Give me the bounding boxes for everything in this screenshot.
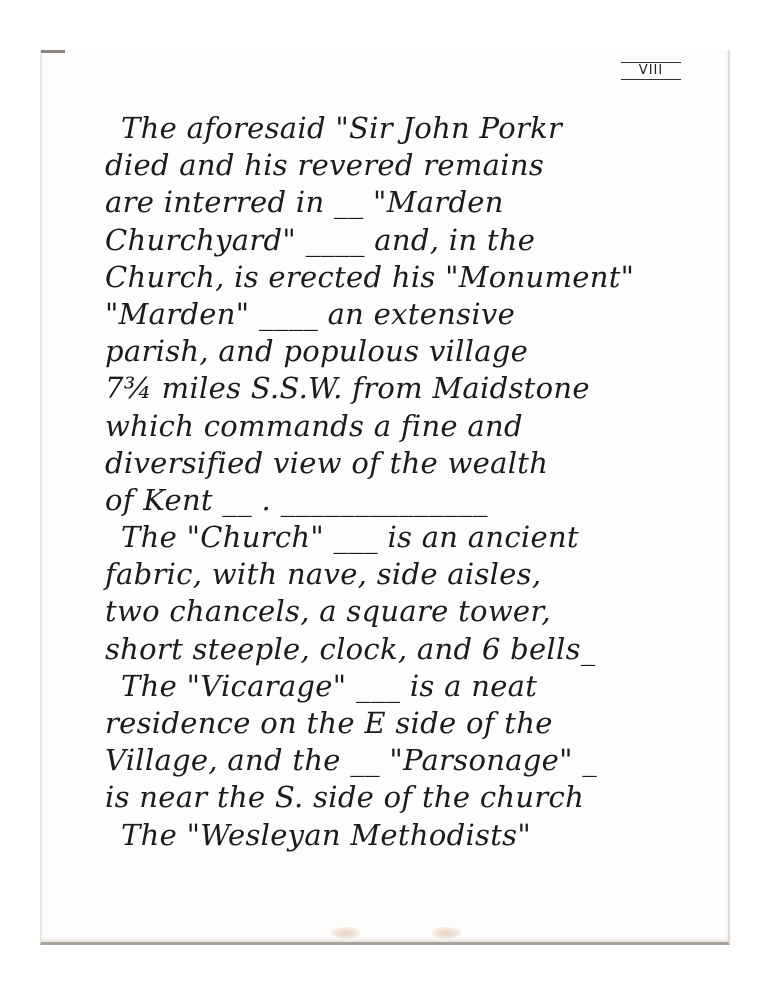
handwritten-text: The aforesaid "Sir John Porkr died and h… [105,110,725,854]
text-line: residence on the E side of the [105,705,725,742]
page-number: VIII [621,62,681,80]
text-line: "Marden" ____ an extensive [105,296,725,333]
text-line: parish, and populous village [105,333,725,370]
text-line: of Kent __ . ______________ [105,482,725,519]
text-line: The aforesaid "Sir John Porkr [105,110,725,147]
paper-stain [431,927,461,939]
paper-stain [331,927,361,939]
paper-edge-mark [41,50,65,53]
text-line: two chancels, a square tower, [105,593,725,630]
text-line: short steeple, clock, and 6 bells_ [105,631,725,668]
text-line: fabric, with nave, side aisles, [105,556,725,593]
text-line: are interred in __ "Marden [105,184,725,221]
text-line: died and his revered remains [105,147,725,184]
text-line: which commands a fine and [105,408,725,445]
text-line: Churchyard" ____ and, in the [105,222,725,259]
text-line: The "Church" ___ is an ancient [105,519,725,556]
text-line: The "Wesleyan Methodists" [105,817,725,854]
manuscript-page: VIII The aforesaid "Sir John Porkr died … [40,50,730,945]
text-line: is near the S. side of the church [105,779,725,816]
text-line: 7¾ miles S.S.W. from Maidstone [105,370,725,407]
text-line: diversified view of the wealth [105,445,725,482]
text-line: The "Vicarage" ___ is a neat [105,668,725,705]
text-line: Church, is erected his "Monument" [105,259,725,296]
text-line: Village, and the __ "Parsonage" _ [105,742,725,779]
